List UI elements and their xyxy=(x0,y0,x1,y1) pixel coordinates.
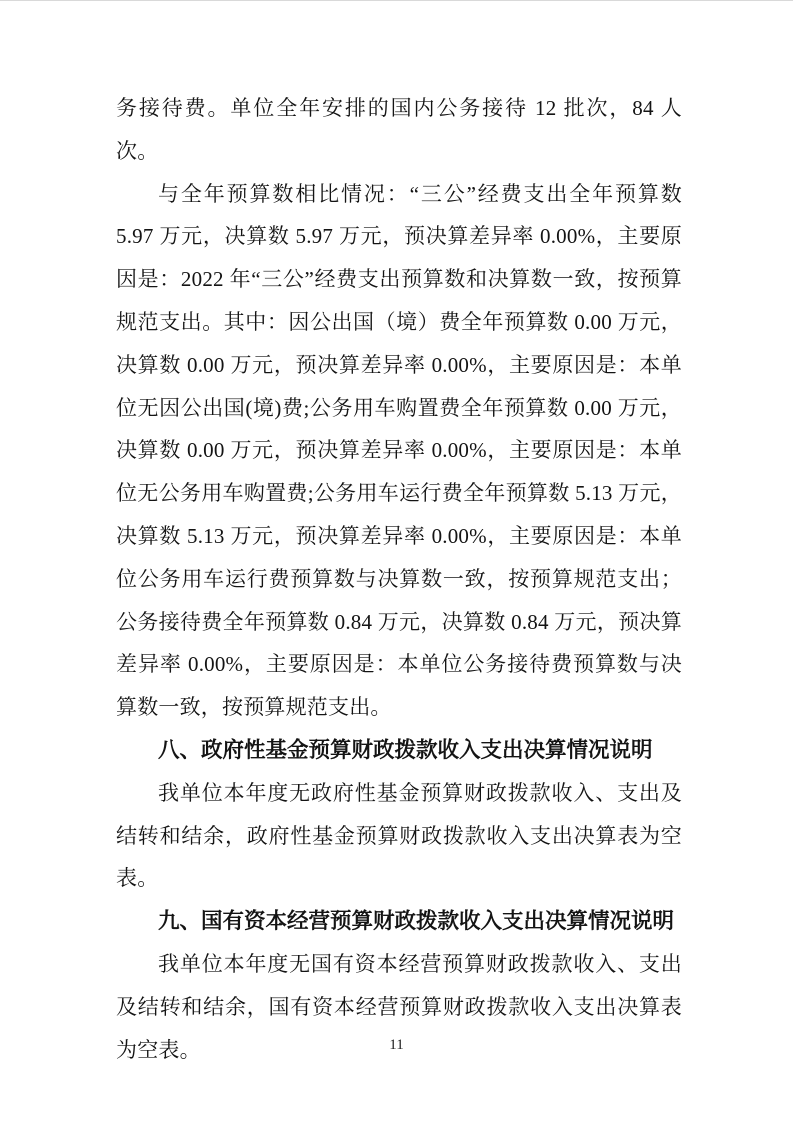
document-body: 务接待费。单位全年安排的国内公务接待 12 批次，84 人次。 与全年预算数相比… xyxy=(116,87,682,1071)
paragraph-three-public-funds-comparison: 与全年预算数相比情况：“三公”经费支出全年预算数 5.97 万元，决算数 5.9… xyxy=(116,173,682,729)
paragraph-hospitality-continuation: 务接待费。单位全年安排的国内公务接待 12 批次，84 人次。 xyxy=(116,87,682,173)
section-heading-8-government-fund-budget: 八、政府性基金预算财政拨款收入支出决算情况说明 xyxy=(116,729,682,772)
page-number: 11 xyxy=(0,1035,793,1055)
paragraph-government-fund-budget-note: 我单位本年度无政府性基金预算财政拨款收入、支出及结转和结余，政府性基金预算财政拨… xyxy=(116,772,682,900)
section-heading-9-state-capital-budget: 九、国有资本经营预算财政拨款收入支出决算情况说明 xyxy=(116,900,682,943)
document-page: 务接待费。单位全年安排的国内公务接待 12 批次，84 人次。 与全年预算数相比… xyxy=(0,0,793,1123)
